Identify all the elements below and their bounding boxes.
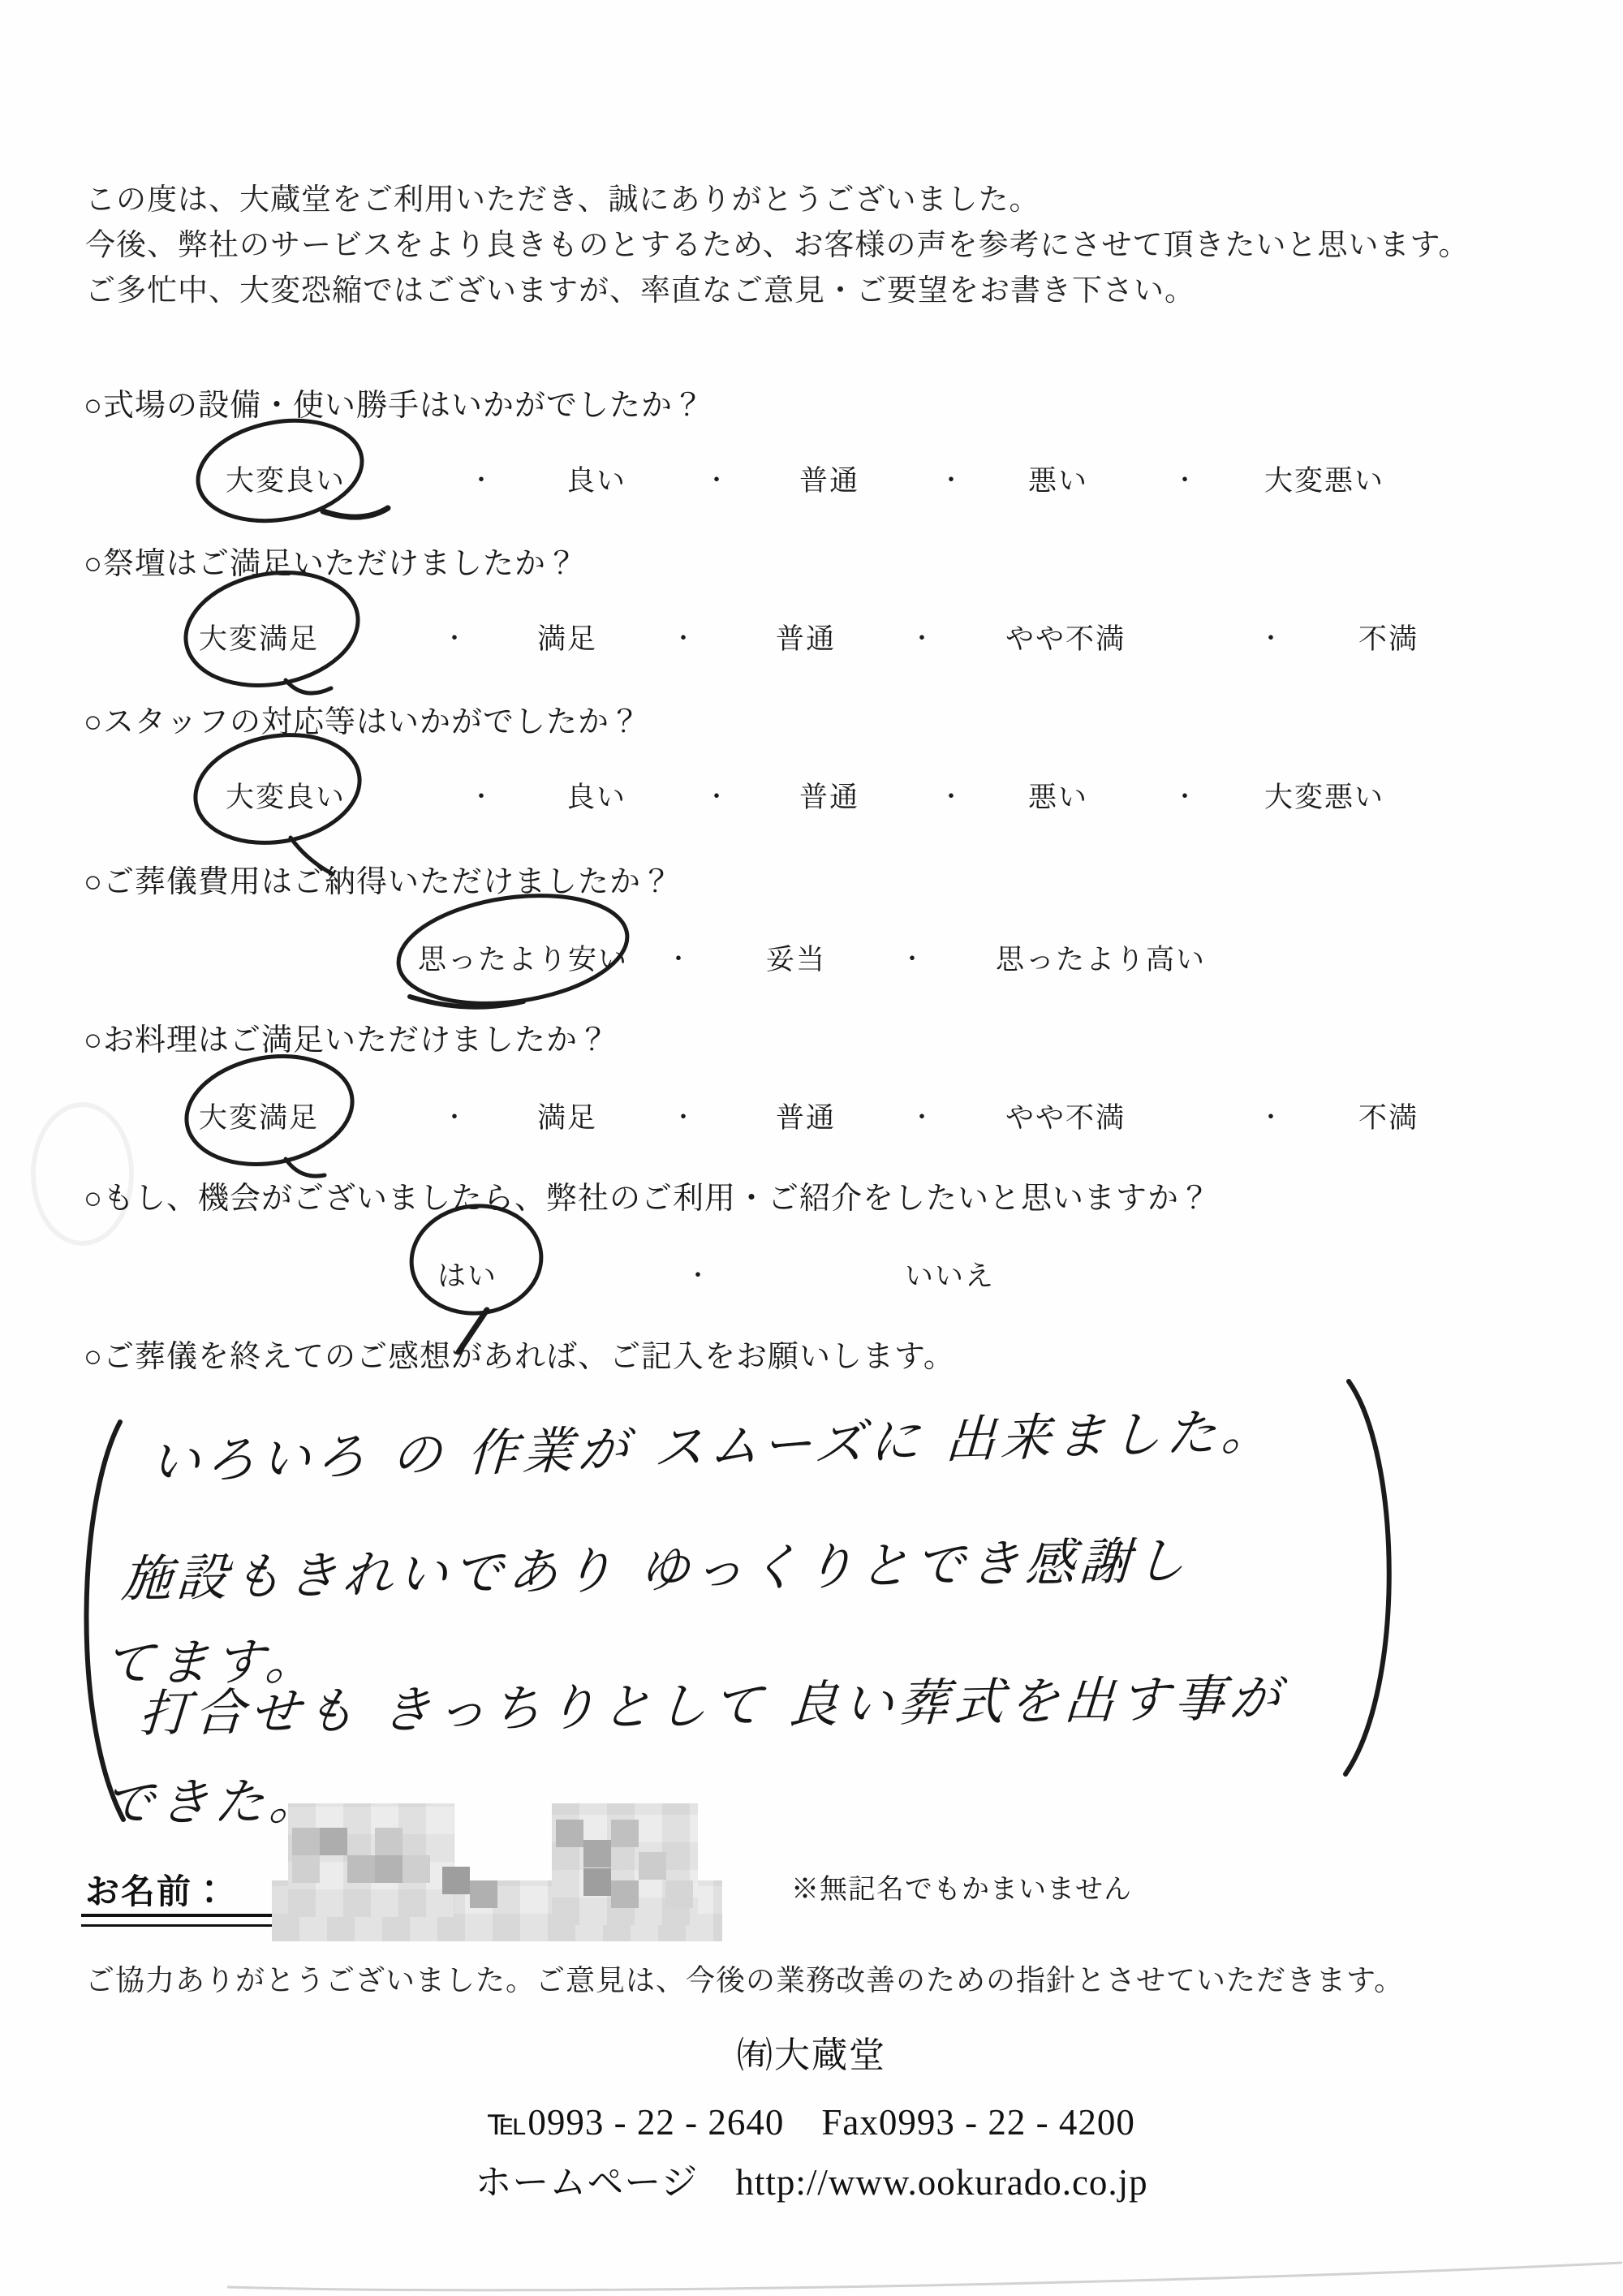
intro-line: この度は、大蔵堂をご利用いただき、誠にありがとうございました。 [85,185,1040,215]
option-separator-dot: ・ [1173,777,1197,812]
pixel-block [375,1855,403,1883]
option-separator-dot: ・ [469,460,493,496]
name-field-label: お名前： [85,1865,228,1914]
handwritten-comment-line: 施設もきれいであり ゆっくりとでき感謝し [120,1520,1193,1611]
option-separator-dot: ・ [666,939,691,975]
handwritten-comment-line: いろいろ の 作業が スムーズに 出来ました。 [149,1390,1278,1494]
pixel-block [442,1867,470,1894]
question-prompt: ○スタッフの対応等はいかがでしたか？ [84,696,641,741]
pixel-block [292,1855,320,1883]
intro-line: ご多忙中、大変恐縮ではございますが、率直なご意見・ご要望をお書き下さい。 [85,276,1195,306]
anonymous-ok-note: ※無記名でもかまいません [791,1867,1132,1906]
question-prompt: ○もし、機会がございましたら、弊社のご利用・ご紹介をしたいと思いますか？ [84,1173,1211,1217]
comment-right-paren [1345,1381,1389,1774]
option-separator-dot: ・ [686,1256,710,1291]
question-prompt: ○ご葬儀費用はご納得いただけましたか？ [84,856,673,901]
option-label: 大変満足 [199,617,319,657]
pixel-block [583,1840,611,1867]
options-row: 大変満足 ・ 満足 ・ 普通 ・ やや不満 ・ 不満 [0,617,1623,662]
option-label: やや不満 [1005,617,1126,657]
pixel-block [665,1880,693,1908]
option-label: 悪い [1028,459,1088,499]
options-row: はい ・ いいえ [0,1254,1623,1299]
comment-left-paren [86,1422,123,1820]
handwritten-comment-line: 打合せも きっちりとして 良い葬式を出す事が [138,1657,1287,1746]
option-separator-dot: ・ [442,1097,467,1133]
pixel-block [611,1820,639,1847]
question-prompt: ○お料理はご満足いただけましたか？ [84,1014,609,1059]
question-prompt: ○式場の設備・使い勝手はいかがでしたか？ [84,380,704,424]
option-separator-dot: ・ [704,777,729,812]
question-prompt: ○祭壇はご満足いただけましたか？ [84,538,578,583]
company-name: ㈲大蔵堂 [0,2026,1623,2078]
pixel-block [611,1880,639,1908]
handwritten-ink-overlay [0,0,1623,2296]
option-label: 良い [566,775,626,816]
pixel-block [470,1880,497,1908]
option-label: 大変良い [226,459,346,499]
option-label: 悪い [1028,775,1088,816]
options-row: 大変良い ・ 良い ・ 普通 ・ 悪い ・ 大変悪い [0,459,1623,504]
option-separator-dot: ・ [900,939,924,975]
pixel-block [292,1828,320,1855]
homepage-line: ホームページ http://www.ookurado.co.jp [0,2152,1623,2205]
pixel-block [375,1828,403,1855]
option-label: いいえ [905,1254,995,1294]
option-label: 普通 [776,1096,836,1136]
option-label: 普通 [776,617,836,657]
scanned-survey-page: この度は、大蔵堂をご利用いただき、誠にありがとうございました。 今後、弊社のサー… [0,0,1623,2296]
option-separator-dot: ・ [939,777,963,812]
option-separator-dot: ・ [910,1097,934,1133]
option-separator-dot: ・ [704,460,729,496]
option-separator-dot: ・ [939,460,963,496]
option-label: 不満 [1358,617,1419,657]
closing-note: ご協力ありがとうございました。ご意見は、今後の業務改善のための指針とさせていただ… [85,1958,1404,1999]
option-separator-dot: ・ [469,777,493,812]
scan-artifact-ring [31,1102,134,1246]
option-label: 思ったより高い [996,937,1206,978]
option-separator-dot: ・ [1173,460,1197,496]
options-row: 思ったより安い ・ 妥当 ・ 思ったより高い [0,937,1623,983]
option-separator-dot: ・ [1259,618,1283,654]
option-separator-dot: ・ [910,618,934,654]
option-separator-dot: ・ [671,1097,695,1133]
pixel-block [639,1852,666,1880]
redacted-name-mosaic [268,1803,726,1943]
option-separator-dot: ・ [1259,1097,1283,1133]
option-separator-dot: ・ [442,618,467,654]
intro-line: 今後、弊社のサービスをより良きものとするため、お客様の声を参考にさせて頂きたいと… [85,230,1470,261]
option-label: 満足 [537,1096,597,1136]
pixel-block [556,1820,583,1847]
option-separator-dot: ・ [671,618,695,654]
option-label: 大変満足 [199,1096,319,1136]
option-label: 大変悪い [1264,775,1384,816]
option-label: 大変良い [226,775,346,816]
option-label: はい [437,1254,497,1294]
pixel-block [320,1828,347,1855]
question-prompt: ○ご葬儀を終えてのご感想があれば、ご記入をお願いします。 [84,1331,955,1376]
scan-edge-artifact [227,2263,1622,2290]
option-label: 不満 [1358,1096,1419,1136]
pixel-block [583,1868,611,1896]
option-label: 思ったより安い [418,937,628,978]
option-label: 良い [566,459,626,499]
tel-fax-line: ℡0993 - 22 - 2640 Fax0993 - 22 - 4200 [0,2092,1623,2145]
pixel-block [403,1855,430,1883]
option-label: 普通 [799,775,859,816]
options-row: 大変良い ・ 良い ・ 普通 ・ 悪い ・ 大変悪い [0,775,1623,821]
options-row: 大変満足 ・ 満足 ・ 普通 ・ やや不満 ・ 不満 [0,1096,1623,1141]
pixel-block [347,1855,375,1883]
option-label: 満足 [537,617,597,657]
option-label: 普通 [799,459,859,499]
option-label: 妥当 [766,937,826,978]
option-label: やや不満 [1005,1096,1126,1136]
option-label: 大変悪い [1264,459,1384,499]
